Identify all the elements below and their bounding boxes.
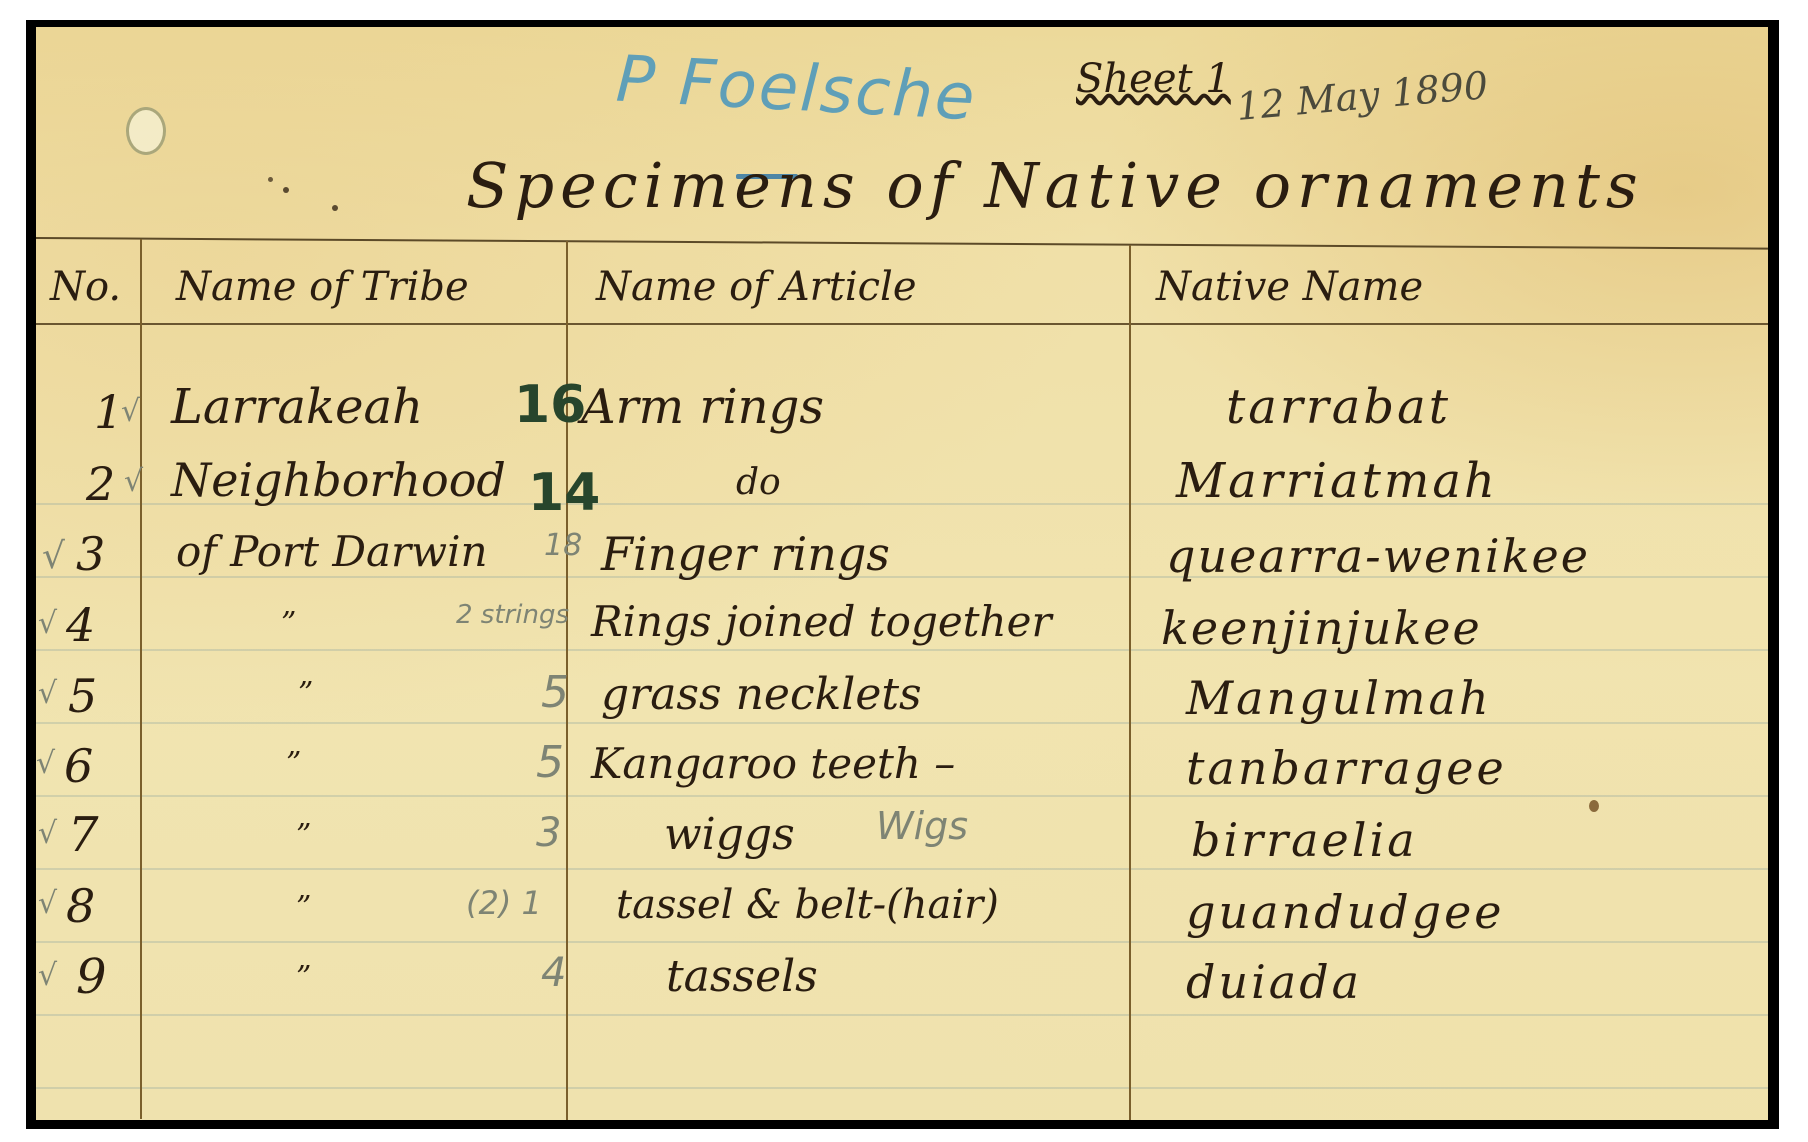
tribe-cell: ” [296, 821, 311, 851]
native-name-cell: tarrabat [1226, 383, 1451, 431]
tribe-cell: ” [296, 963, 311, 993]
row-number: 9 [76, 953, 107, 1001]
quantity-cell: 16 [514, 379, 586, 431]
check-mark: √ [38, 889, 57, 919]
row-number: 8 [66, 883, 95, 929]
check-mark: √ [38, 961, 57, 991]
article-cell: do [736, 465, 781, 501]
quantity-cell: (2) 1 [466, 887, 542, 919]
article-cell: Finger rings [601, 531, 890, 577]
header-bottom-rule [36, 323, 1768, 325]
native-name-cell: quearra-wenikee [1166, 533, 1590, 579]
quantity-cell: 5 [536, 741, 564, 785]
ink-dot [332, 205, 338, 211]
sheet-date: 12 May 1890 [1235, 66, 1490, 126]
native-name-cell: duiada [1186, 959, 1362, 1005]
check-mark: √ [38, 609, 57, 639]
column-header-number: No. [50, 267, 121, 307]
tribe-cell: of Port Darwin [176, 531, 488, 573]
native-name-cell: keenjinjukee [1161, 605, 1482, 651]
quantity-cell: 3 [536, 813, 561, 853]
article-cell: tassels [666, 955, 818, 999]
row-number: 6 [64, 743, 93, 789]
row-number: 5 [68, 673, 97, 719]
tribe-cell: ” [281, 609, 296, 639]
article-cell: Kangaroo teeth – [591, 743, 955, 785]
native-name-cell: birraelia [1191, 817, 1418, 863]
tribe-cell: Larrakeah [171, 383, 423, 431]
quantity-cell: 4 [541, 953, 566, 993]
check-mark: √ [36, 749, 55, 779]
column-header-native-name: Native Name [1156, 267, 1423, 307]
quantity-cell: 14 [528, 467, 600, 519]
check-mark: √ [42, 539, 65, 575]
ink-dot [268, 177, 273, 182]
quantity-cell: 18 [544, 531, 582, 561]
article-cell: wiggs [664, 813, 795, 857]
check-mark: √ [38, 679, 57, 709]
tribe-cell: ” [298, 679, 313, 709]
article-annotation: Wigs [876, 807, 968, 845]
tribe-cell: Neighborhood [171, 457, 506, 503]
native-name-cell: tanbarragee [1186, 745, 1507, 791]
row-number: 1 [94, 389, 123, 435]
column-divider-article [1129, 245, 1131, 1120]
page-title: Specimens of Native ornaments [466, 155, 1644, 217]
article-cell: Arm rings [581, 383, 824, 431]
pin-hole-mark [126, 107, 166, 155]
header-top-rule [36, 237, 1768, 250]
native-name-cell: Marriatmah [1176, 457, 1498, 505]
ink-dot [283, 187, 289, 193]
article-cell: Rings joined together [591, 601, 1052, 643]
sheet-label: Sheet 1 [1076, 59, 1231, 99]
native-name-cell: guandudgee [1186, 889, 1505, 935]
column-divider-number [140, 239, 142, 1119]
check-mark: √ [121, 397, 140, 427]
column-header-article: Name of Article [596, 267, 917, 307]
article-cell: tassel & belt-(hair) [616, 885, 999, 925]
brown-spot [1589, 800, 1599, 812]
quantity-cell: 5 [541, 671, 569, 715]
check-mark: √ [124, 467, 143, 497]
row-number: 2 [86, 461, 115, 507]
collector-annotation: P Foelsche [615, 48, 978, 131]
row-number: 3 [76, 531, 105, 577]
row-number: 4 [66, 602, 95, 648]
tribe-cell: ” [296, 893, 311, 923]
quantity-cell: 2 strings [456, 602, 569, 628]
native-name-cell: Mangulmah [1186, 675, 1492, 721]
row-number: 7 [68, 811, 99, 859]
article-cell: grass necklets [601, 673, 922, 717]
tribe-cell: ” [286, 749, 301, 779]
check-mark: √ [38, 819, 57, 849]
column-header-tribe: Name of Tribe [176, 267, 469, 307]
ledger-page: P Foelsche Sheet 1 12 May 1890 Specimens… [36, 27, 1768, 1120]
